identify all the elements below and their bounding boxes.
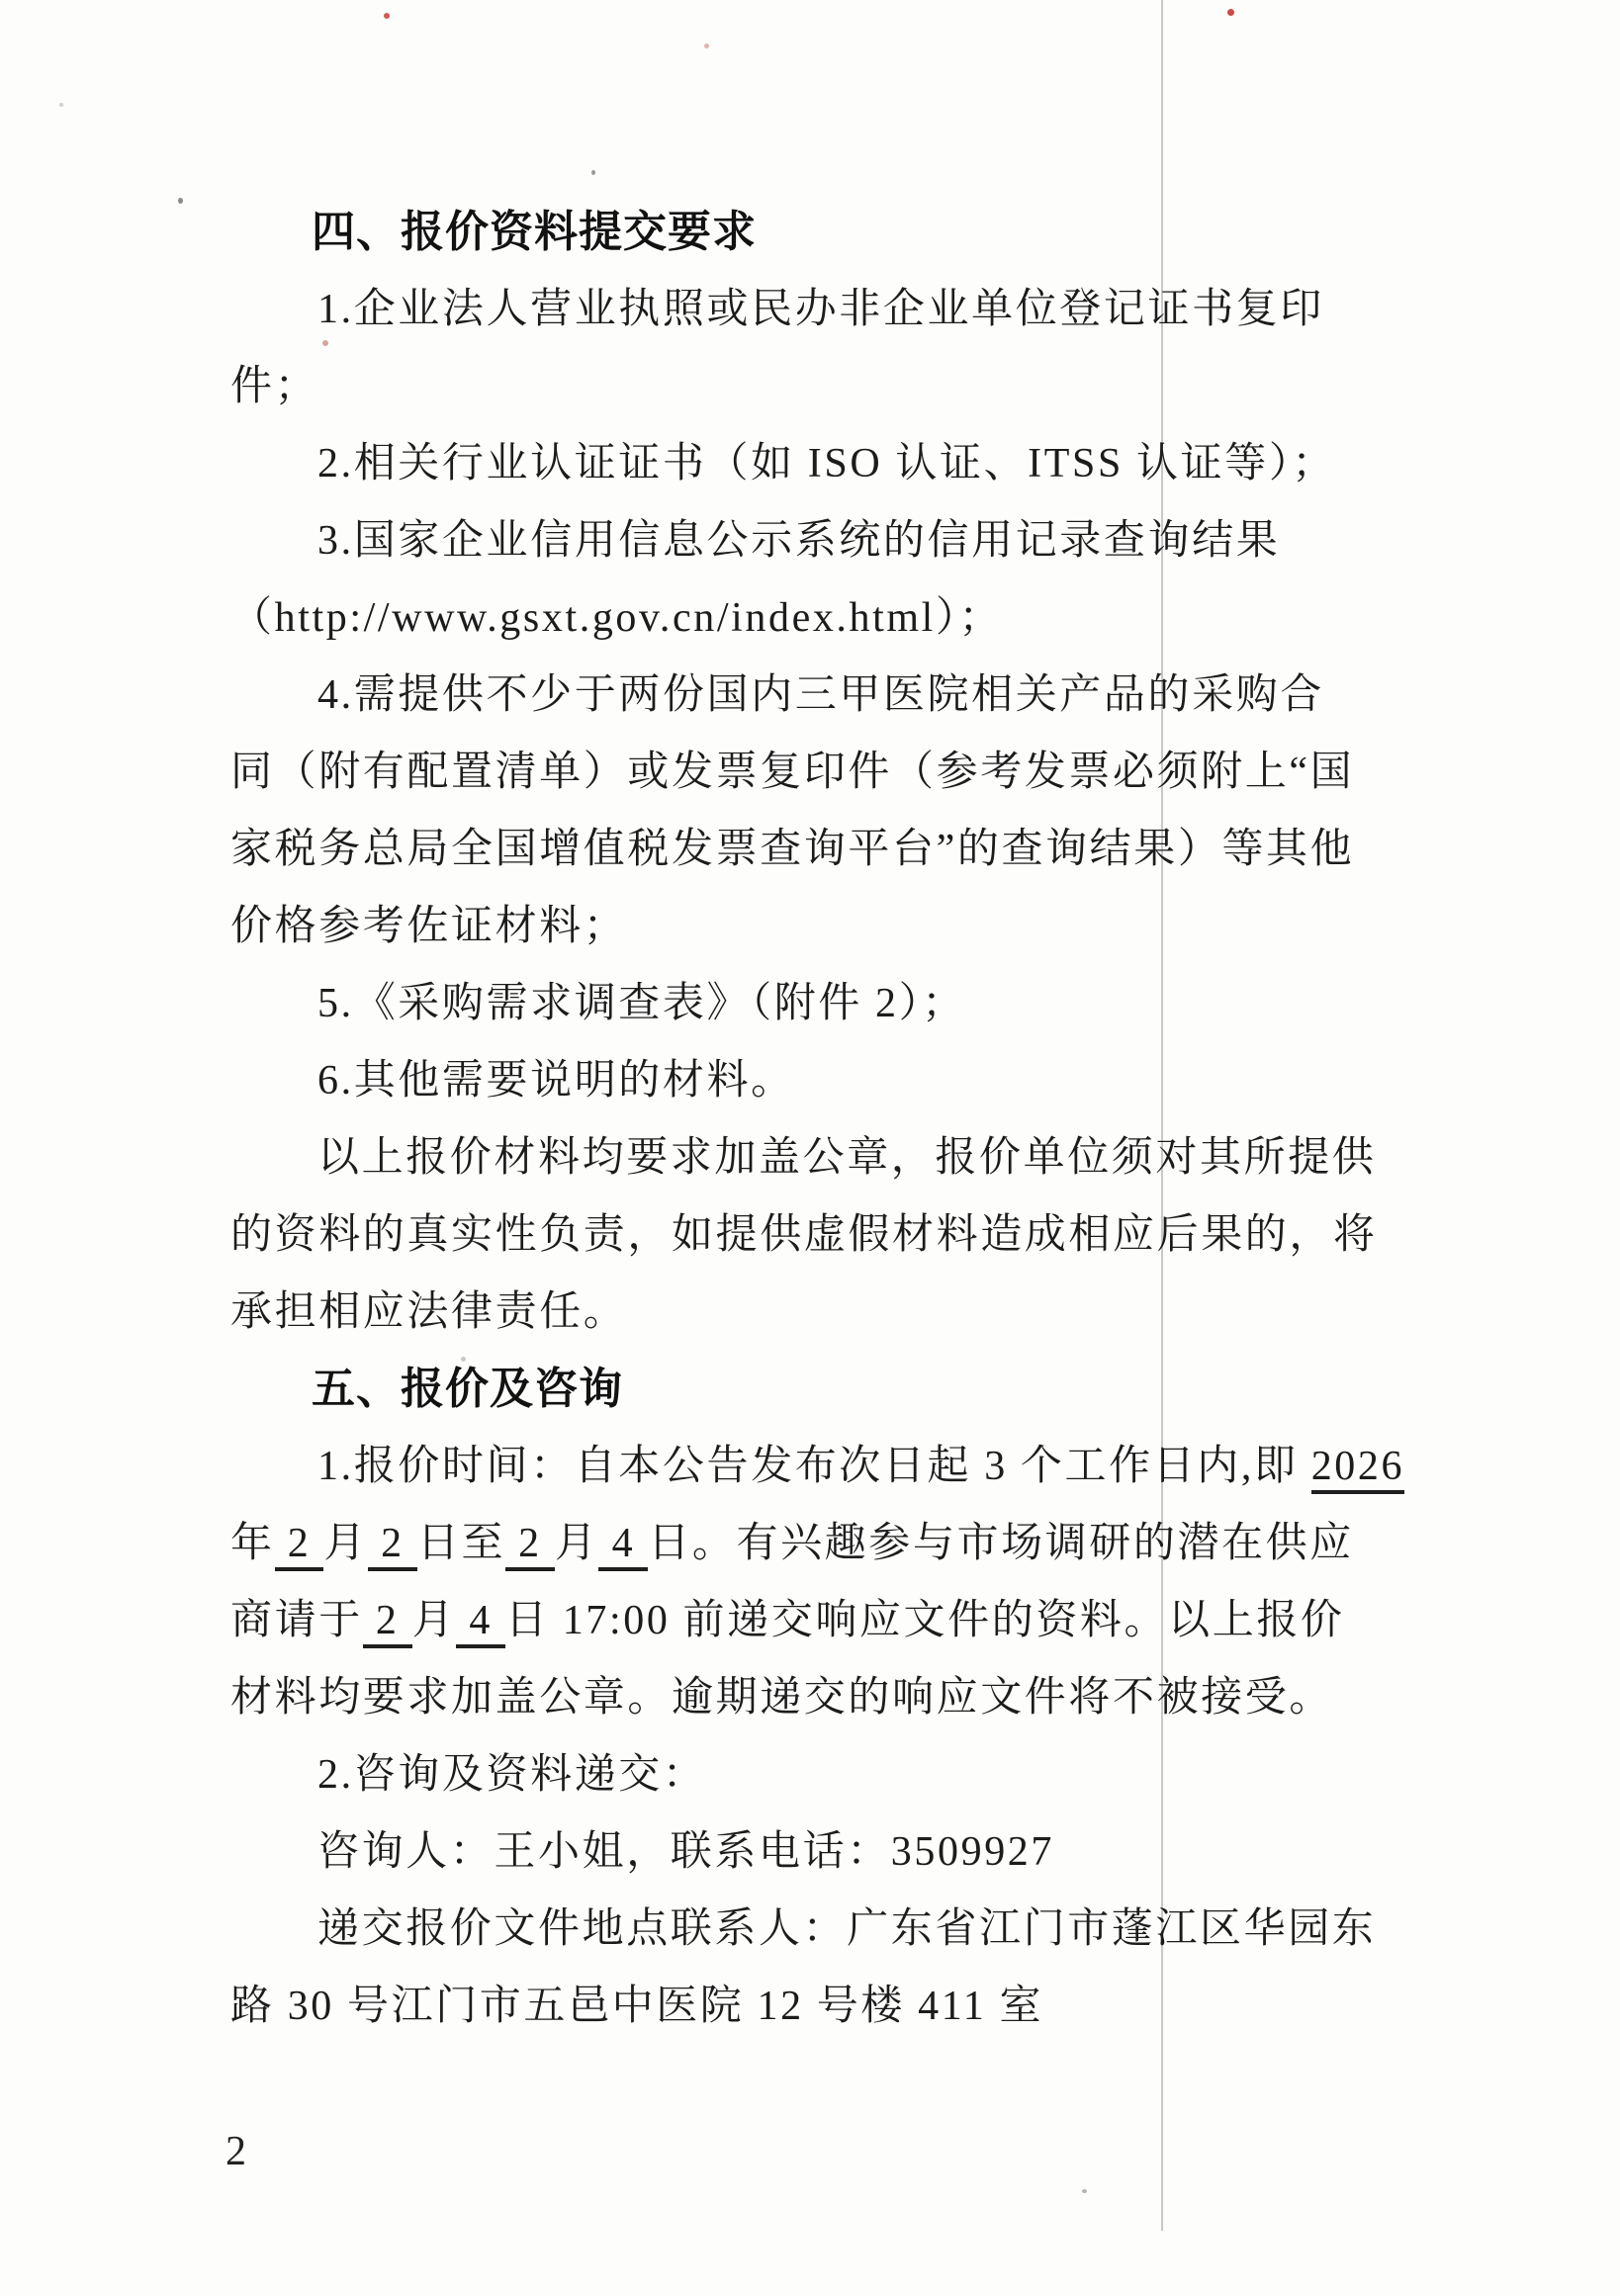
contact-person-line: 咨询人：王小姐，联系电话：3509927 <box>230 1813 1546 1891</box>
address-line-1: 递交报价文件地点联系人：广东省江门市蓬江区华园东 <box>230 1891 1546 1968</box>
underlined-month-value: 2 <box>505 1521 555 1571</box>
item-4-line-1: 4.需提供不少于两份国内三甲医院相关产品的采购合 <box>230 657 1546 734</box>
text-run: 咨询人：王小姐，联系电话：3509927 <box>317 1829 1054 1875</box>
text-run: 年 <box>230 1521 275 1566</box>
quote-time-line-2: 年 2 月 2 日至 2 月 4 日。有兴趣参与市场调研的潜在供应 <box>230 1505 1546 1582</box>
text-run: 月 <box>555 1521 599 1566</box>
quote-time-line-3: 商请于 2 月 4 日 17:00 前递交响应文件的资料。以上报价 <box>230 1582 1546 1659</box>
item-1-line-1: 1.企业法人营业执照或民办非企业单位登记证书复印 <box>230 271 1546 348</box>
text-run: 日。有兴趣参与市场调研的潜在供应 <box>648 1521 1354 1566</box>
item-5-line: 5.《采购需求调查表》（附件 2）； <box>230 965 1546 1042</box>
underlined-month-value: 2 <box>275 1521 324 1571</box>
text-run: 材料均要求加盖公章。逾期递交的响应文件将不被接受。 <box>230 1675 1333 1721</box>
text-run: 6.其他需要说明的材料。 <box>317 1058 795 1104</box>
text-run: 1.报价时间：自本公告发布次日起 3 个工作日内,即 <box>317 1444 1311 1489</box>
consult-item-line: 2.咨询及资料递交： <box>230 1736 1546 1813</box>
item-3-line-2-url: （http://www.gsxt.gov.cn/index.html）； <box>230 579 1546 657</box>
text-run: 商请于 <box>230 1598 363 1643</box>
text-run: 以上报价材料均要求加盖公章，报价单位须对其所提供 <box>317 1135 1376 1181</box>
item-4-line-3: 家税务总局全国增值税发票查询平台”的查询结果）等其他 <box>230 811 1546 888</box>
text-run: 2.咨询及资料递交： <box>317 1752 707 1798</box>
item-3-line-1: 3.国家企业信用信息公示系统的信用记录查询结果 <box>230 502 1546 579</box>
scan-speck <box>1082 2189 1087 2193</box>
address-line-2: 路 30 号江门市五邑中医院 12 号楼 411 室 <box>230 1968 1546 2045</box>
text-run: 件； <box>230 364 318 409</box>
scan-speck <box>1227 9 1234 16</box>
underlined-day-value: 4 <box>598 1521 648 1571</box>
heading-text: 四、报价资料提交要求 <box>312 208 757 256</box>
scan-speck <box>704 44 709 48</box>
item-1-line-2: 件； <box>230 348 1546 425</box>
notice-line-1: 以上报价材料均要求加盖公章，报价单位须对其所提供 <box>230 1119 1546 1196</box>
text-run: 同（附有配置清单）或发票复印件（参考发票必须附上“国 <box>230 750 1354 795</box>
item-6-line: 6.其他需要说明的材料。 <box>230 1042 1546 1119</box>
notice-line-2: 的资料的真实性负责，如提供虚假材料造成相应后果的，将 <box>230 1196 1546 1274</box>
text-run: 1.企业法人营业执照或民办非企业单位登记证书复印 <box>317 287 1324 332</box>
item-4-line-4: 价格参考佐证材料； <box>230 888 1546 965</box>
text-run: 递交报价文件地点联系人：广东省江门市蓬江区华园东 <box>317 1906 1376 1952</box>
text-run: 2.相关行业认证证书（如 ISO 认证、ITSS 认证等）； <box>317 441 1336 486</box>
item-4-line-2: 同（附有配置清单）或发票复印件（参考发票必须附上“国 <box>230 734 1546 811</box>
section-heading-4: 四、报价资料提交要求 <box>230 194 1546 271</box>
scanned-document-page: 四、报价资料提交要求 1.企业法人营业执照或民办非企业单位登记证书复印 件； 2… <box>0 0 1620 2296</box>
text-run: 路 30 号江门市五邑中医院 12 号楼 411 室 <box>230 1984 1043 2029</box>
url-text: （http://www.gsxt.gov.cn/index.html）； <box>230 595 1003 641</box>
text-run: 的资料的真实性负责，如提供虚假材料造成相应后果的，将 <box>230 1212 1378 1258</box>
heading-text: 五、报价及咨询 <box>312 1365 623 1413</box>
scan-speck <box>178 198 183 204</box>
text-run: 4.需提供不少于两份国内三甲医院相关产品的采购合 <box>317 672 1324 718</box>
scan-speck <box>59 103 63 107</box>
notice-line-3: 承担相应法律责任。 <box>230 1274 1546 1351</box>
underlined-month-value: 2 <box>363 1598 412 1648</box>
page-number: 2 <box>225 2122 246 2181</box>
section-heading-5: 五、报价及咨询 <box>230 1351 1546 1428</box>
underlined-year-value: 2026 <box>1311 1444 1404 1494</box>
text-run: 承担相应法律责任。 <box>230 1289 627 1335</box>
text-run: 家税务总局全国增值税发票查询平台”的查询结果）等其他 <box>230 827 1354 872</box>
scan-speck <box>384 13 390 19</box>
quote-time-line-4: 材料均要求加盖公章。逾期递交的响应文件将不被接受。 <box>230 1659 1546 1736</box>
text-run: 日至 <box>417 1521 505 1566</box>
scan-speck <box>591 170 595 175</box>
quote-time-line-1: 1.报价时间：自本公告发布次日起 3 个工作日内,即 2026 <box>230 1428 1546 1505</box>
text-run: 价格参考佐证材料； <box>230 904 627 949</box>
text-run: 月 <box>323 1521 368 1566</box>
text-run: 3.国家企业信用信息公示系统的信用记录查询结果 <box>317 518 1280 564</box>
text-run: 月 <box>412 1598 457 1643</box>
underlined-day-value: 2 <box>368 1521 417 1571</box>
underlined-day-value: 4 <box>456 1598 505 1648</box>
item-2-line: 2.相关行业认证证书（如 ISO 认证、ITSS 认证等）； <box>230 425 1546 502</box>
document-body: 四、报价资料提交要求 1.企业法人营业执照或民办非企业单位登记证书复印 件； 2… <box>230 194 1546 2045</box>
text-run: 5.《采购需求调查表》（附件 2）； <box>317 981 966 1026</box>
text-run: 日 17:00 前递交响应文件的资料。以上报价 <box>505 1598 1344 1643</box>
